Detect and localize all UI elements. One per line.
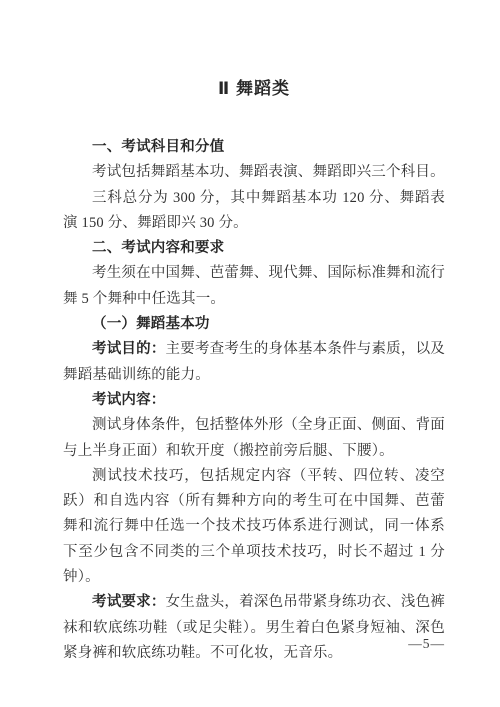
section-1-paragraph-subjects: 考试包括舞蹈基本功、舞蹈表演、舞蹈即兴三个科目。 bbox=[63, 160, 445, 185]
section-1-heading: 一、考试科目和分值 bbox=[63, 135, 445, 160]
exam-content-paragraph-body-condition: 测试身体条件，包括整体外形（全身正面、侧面、背面与上半身正面）和软开度（搬控前旁… bbox=[63, 413, 445, 464]
section-1-paragraph-scores: 三科总分为 300 分，其中舞蹈基本功 120 分、舞蹈表演 150 分、舞蹈即… bbox=[63, 186, 445, 237]
document-page: Ⅱ 舞蹈类 一、考试科目和分值 考试包括舞蹈基本功、舞蹈表演、舞蹈即兴三个科目。… bbox=[0, 0, 500, 707]
exam-content-paragraph-technique: 测试技术技巧，包括规定内容（平转、四位转、凌空跃）和自选内容（所有舞种方向的考生… bbox=[63, 464, 445, 590]
section-2-paragraph-dance-types: 考生须在中国舞、芭蕾舞、现代舞、国际标准舞和流行舞 5 个舞种中任选其一。 bbox=[63, 261, 445, 312]
exam-purpose-label: 考试目的： bbox=[92, 341, 166, 357]
document-content: Ⅱ 舞蹈类 一、考试科目和分值 考试包括舞蹈基本功、舞蹈表演、舞蹈即兴三个科目。… bbox=[63, 0, 445, 666]
page-number: —5— bbox=[408, 635, 445, 653]
exam-content-label: 考试内容： bbox=[63, 388, 445, 413]
subsection-1-heading: （一）舞蹈基本功 bbox=[63, 312, 445, 337]
section-2-heading: 二、考试内容和要求 bbox=[63, 236, 445, 261]
page-title: Ⅱ 舞蹈类 bbox=[63, 77, 445, 101]
exam-purpose-paragraph: 考试目的：主要考查考生的身体基本条件与素质，以及舞蹈基础训练的能力。 bbox=[63, 337, 445, 388]
document-body: 一、考试科目和分值 考试包括舞蹈基本功、舞蹈表演、舞蹈即兴三个科目。 三科总分为… bbox=[63, 135, 445, 666]
exam-requirements-paragraph: 考试要求：女生盘头，着深色吊带紧身练功衣、浅色裤袜和软底练功鞋（或足尖鞋）。男生… bbox=[63, 590, 445, 666]
exam-requirements-label: 考试要求： bbox=[92, 594, 166, 610]
